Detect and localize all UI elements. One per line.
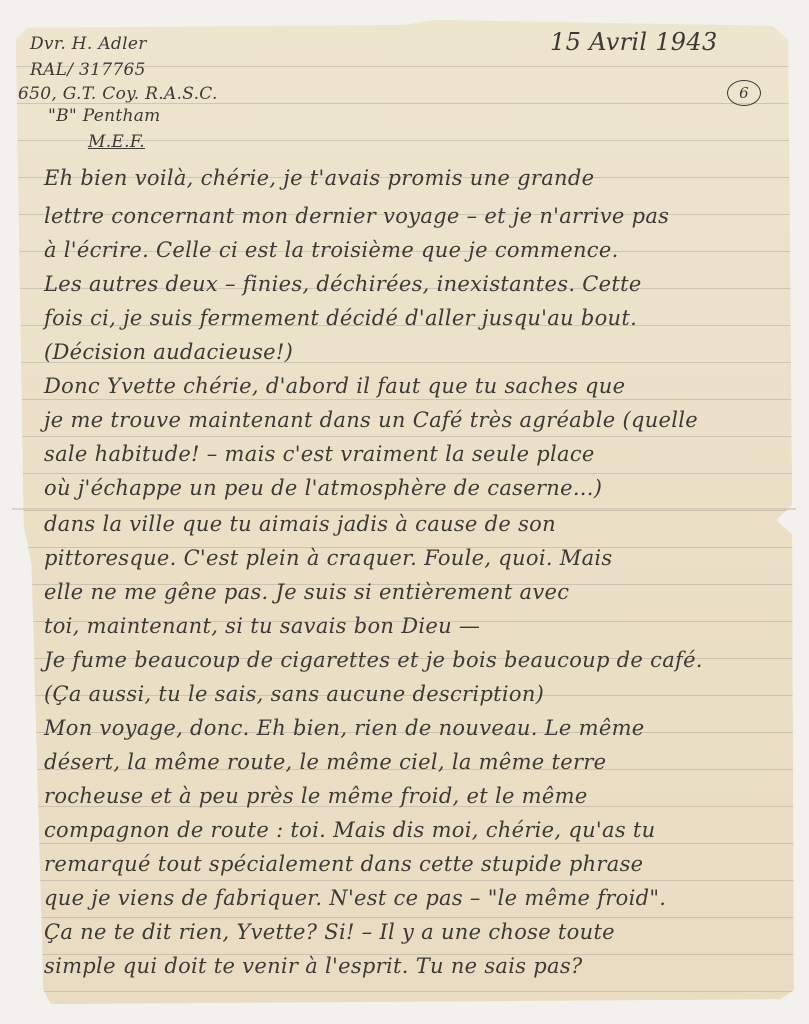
- body-line: Ça ne te dit rien, Yvette? Si! – Il y a …: [44, 920, 615, 944]
- body-line: pittoresque. C'est plein à craquer. Foul…: [44, 546, 613, 570]
- body-line: (Ça aussi, tu le sais, sans aucune descr…: [44, 682, 544, 706]
- body-line: Donc Yvette chérie, d'abord il faut que …: [44, 374, 625, 398]
- body-line: désert, la même route, le même ciel, la …: [44, 750, 606, 774]
- body-line: simple qui doit te venir à l'esprit. Tu …: [44, 954, 583, 978]
- sender-number: RAL/ 317765: [30, 60, 146, 80]
- body-line: que je viens de fabriquer. N'est ce pas …: [44, 886, 666, 910]
- body-line: dans la ville que tu aimais jadis à caus…: [44, 512, 556, 536]
- body-line: elle ne me gêne pas. Je suis si entièrem…: [44, 580, 569, 604]
- body-line: je me trouve maintenant dans un Café trè…: [44, 408, 698, 432]
- body-line: Eh bien voilà, chérie, je t'avais promis…: [44, 166, 594, 190]
- sender-unit: 650, G.T. Coy. R.A.S.C.: [18, 84, 218, 104]
- body-line: où j'échappe un peu de l'atmosphère de c…: [44, 476, 602, 500]
- body-line: à l'écrire. Celle ci est la troisième qu…: [44, 238, 619, 262]
- letter-date: 15 Avril 1943: [550, 28, 718, 56]
- body-line: lettre concernant mon dernier voyage – e…: [44, 204, 669, 228]
- page-number: 6: [727, 80, 761, 106]
- body-line: (Décision audacieuse!): [44, 340, 293, 364]
- body-line: remarqué tout spécialement dans cette st…: [44, 852, 643, 876]
- body-line: Mon voyage, donc. Eh bien, rien de nouve…: [44, 716, 645, 740]
- paper-fold: [12, 508, 796, 510]
- body-line: fois ci, je suis fermement décidé d'alle…: [44, 306, 637, 330]
- body-line: sale habitude! – mais c'est vraiment la …: [44, 442, 595, 466]
- body-line: Les autres deux – finies, déchirées, ine…: [44, 272, 642, 296]
- sender-name: Dvr. H. Adler: [30, 34, 147, 54]
- body-line: toi, maintenant, si tu savais bon Dieu —: [44, 614, 480, 638]
- body-line: compagnon de route : toi. Mais dis moi, …: [44, 818, 655, 842]
- body-line: Je fume beaucoup de cigarettes et je boi…: [44, 648, 703, 672]
- body-line: rocheuse et à peu près le même froid, et…: [44, 784, 588, 808]
- sender-location: "B" Pentham: [48, 106, 161, 126]
- sender-mef: M.E.F.: [88, 132, 145, 152]
